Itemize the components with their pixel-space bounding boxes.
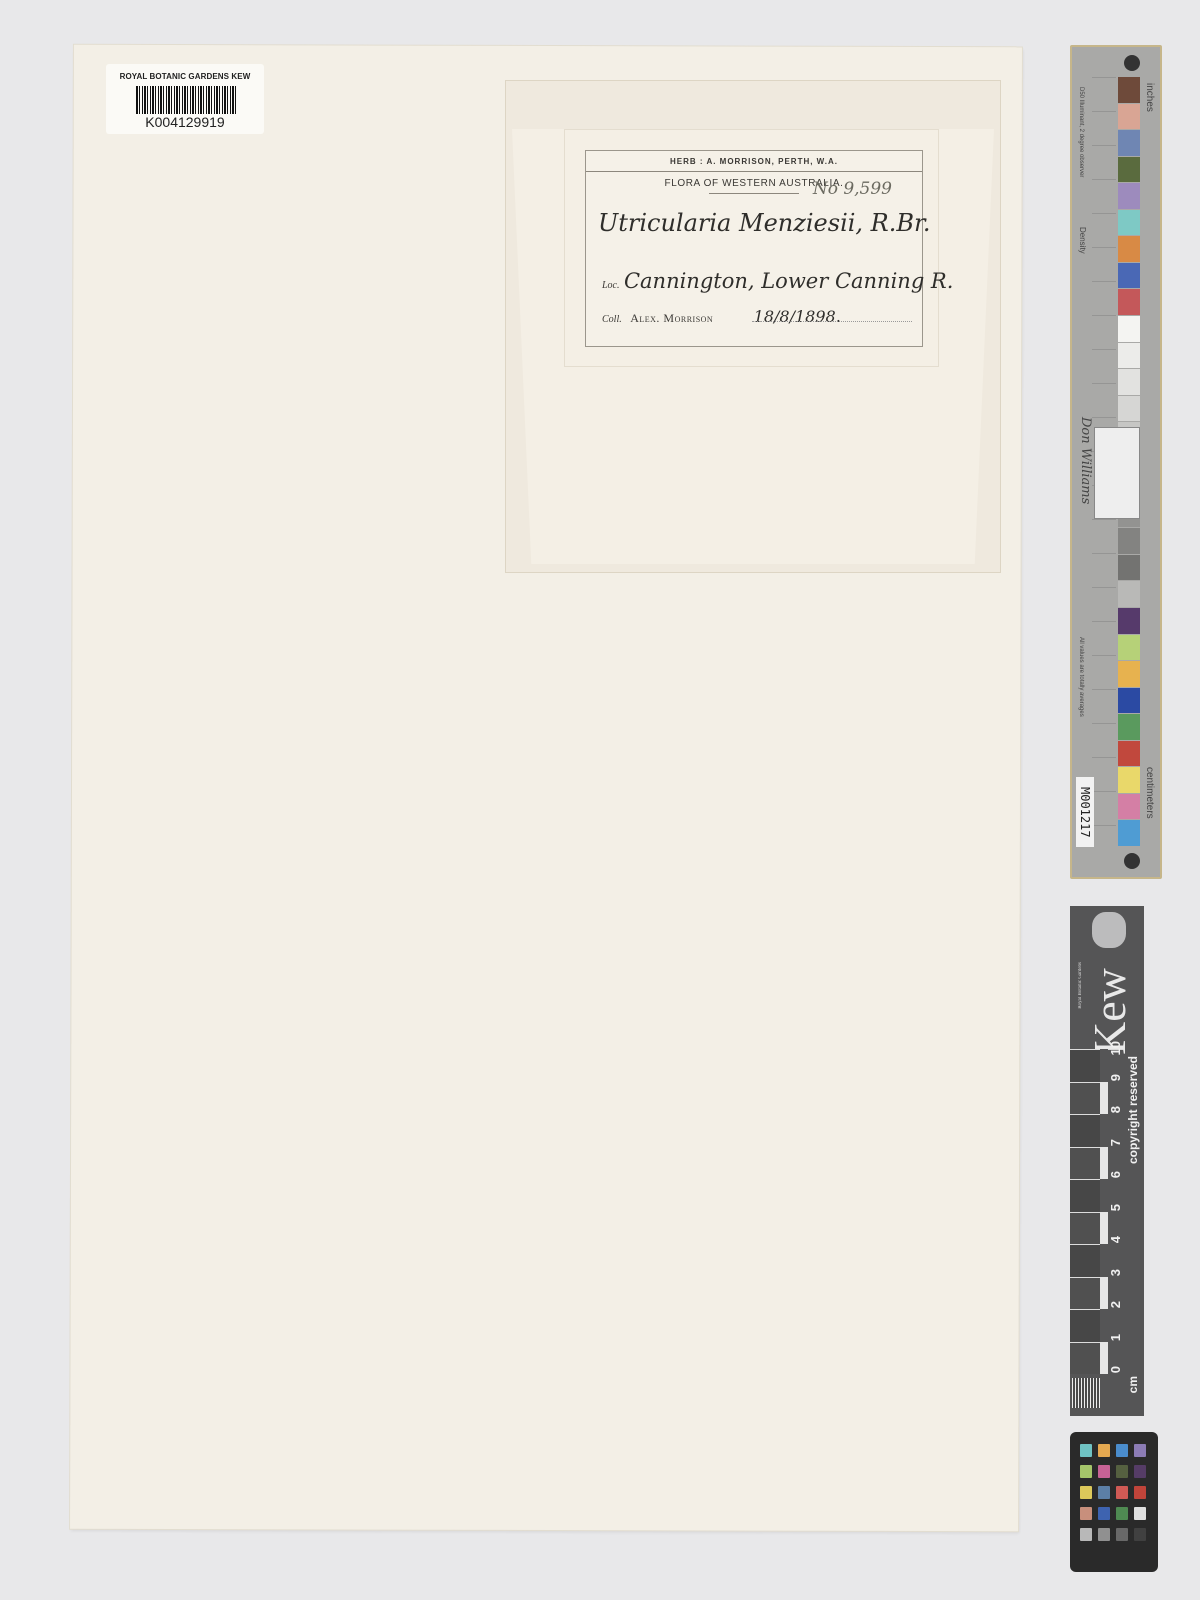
checker-swatch [1116, 1465, 1128, 1478]
scale-tick [1100, 1082, 1108, 1115]
checker-swatch [1134, 1444, 1146, 1457]
dotted-line [752, 321, 912, 322]
density-label: Density [1078, 227, 1087, 254]
color-patch [1118, 820, 1140, 846]
checker-swatch [1080, 1486, 1092, 1499]
color-patch [1118, 741, 1140, 767]
color-checker [1070, 1432, 1158, 1572]
collector-row: Coll. Alex. Morrison 18/8/1898. [602, 307, 912, 327]
centimeters-label: centimeters [1144, 767, 1155, 819]
color-patch [1118, 608, 1140, 634]
checker-swatch [1134, 1486, 1146, 1499]
checker-swatch [1080, 1465, 1092, 1478]
barcode-label: ROYAL BOTANIC GARDENS KEW K004129919 [106, 64, 264, 134]
checker-swatch [1098, 1507, 1110, 1520]
checker-swatch [1116, 1486, 1128, 1499]
scale-tick [1100, 1277, 1108, 1310]
scale-number: 6 [1108, 1171, 1124, 1178]
mm-scale [1072, 1378, 1100, 1408]
collection-date: 18/8/1898. [754, 307, 841, 326]
checker-swatch [1080, 1444, 1092, 1457]
checker-swatch [1098, 1486, 1110, 1499]
color-patch [1118, 210, 1140, 236]
cm-block [1070, 1212, 1102, 1245]
barcode-icon [136, 86, 236, 114]
color-ruler: inches centimeters D50 Illuminant, 2 deg… [1070, 45, 1162, 879]
ruler-code: M001217 [1076, 777, 1094, 847]
color-patch [1118, 369, 1140, 395]
ruler-hole-top [1124, 55, 1140, 71]
institution-name: ROYAL BOTANIC GARDENS KEW [106, 72, 264, 81]
species-name: Utricularia Menziesii, R.Br. [598, 209, 930, 237]
scale-number: 1 [1108, 1334, 1124, 1341]
color-patch [1118, 316, 1140, 342]
color-patch [1118, 714, 1140, 740]
color-patch [1118, 688, 1140, 714]
color-patch [1118, 635, 1140, 661]
locality-label: Loc. [602, 280, 620, 291]
divider [709, 193, 799, 194]
checker-swatch [1098, 1465, 1110, 1478]
cm-block [1070, 1049, 1102, 1082]
color-patch [1118, 396, 1140, 422]
cm-unit-label: cm [1126, 1376, 1140, 1393]
scale-number: 4 [1108, 1236, 1124, 1243]
cm-block [1070, 1147, 1102, 1180]
inches-label: inches [1144, 83, 1155, 112]
cm-block [1070, 1309, 1102, 1342]
color-patch [1118, 581, 1140, 607]
cm-block [1070, 1342, 1102, 1375]
scale-tick [1100, 1049, 1108, 1082]
checker-swatch [1098, 1528, 1110, 1541]
checker-swatch [1116, 1507, 1128, 1520]
barcode-number: K004129919 [106, 114, 264, 130]
locality-value: Cannington, Lower Canning R. [624, 269, 953, 293]
checker-swatch [1134, 1528, 1146, 1541]
color-patch [1118, 661, 1140, 687]
scale-tick [1100, 1179, 1108, 1212]
color-patch [1118, 183, 1140, 209]
brand-label: Don Williams [1078, 417, 1093, 504]
scale-number: 3 [1108, 1269, 1124, 1276]
color-patch [1118, 555, 1140, 581]
scale-number: 0 [1108, 1366, 1124, 1373]
color-patch [1118, 157, 1140, 183]
color-patch [1118, 263, 1140, 289]
scale-tick [1100, 1309, 1108, 1342]
illuminant-note: D50 Illuminant, 2 degree observer [1078, 87, 1084, 177]
cm-block [1070, 1179, 1102, 1212]
color-patch [1118, 289, 1140, 315]
label-header: HERB : A. MORRISON, PERTH, W.A. [586, 151, 922, 172]
color-patch [1118, 528, 1140, 554]
scale-tick [1100, 1212, 1108, 1245]
values-note: All values are totally averages [1078, 637, 1084, 717]
locality-row: Loc. Cannington, Lower Canning R. [602, 269, 953, 293]
density-inset [1094, 427, 1140, 519]
checker-swatch [1116, 1444, 1128, 1457]
checker-swatch [1098, 1444, 1110, 1457]
scale-number: 9 [1108, 1074, 1124, 1081]
kew-scale-bar: Royal Botanic Gardens Kew copyright rese… [1070, 906, 1144, 1416]
color-patch [1118, 77, 1140, 103]
color-patch [1118, 767, 1140, 793]
checker-swatch [1080, 1528, 1092, 1541]
scale-tick [1100, 1114, 1108, 1147]
scale-number: 10 [1108, 1041, 1124, 1055]
color-patch [1118, 343, 1140, 369]
color-patch [1118, 104, 1140, 130]
cm-block [1070, 1277, 1102, 1310]
kew-crest-icon [1092, 912, 1126, 948]
color-patch [1118, 236, 1140, 262]
scale-tick [1100, 1342, 1108, 1375]
checker-swatch [1116, 1528, 1128, 1541]
herbarium-label: HERB : A. MORRISON, PERTH, W.A. FLORA OF… [585, 150, 923, 347]
collector-label: Coll. [602, 314, 622, 325]
kew-subtitle: Royal Botanic Gardens [1078, 962, 1083, 1009]
cm-block [1070, 1114, 1102, 1147]
checker-swatch [1134, 1507, 1146, 1520]
scale-tick [1100, 1244, 1108, 1277]
scale-tick [1100, 1147, 1108, 1180]
scale-number: 5 [1108, 1204, 1124, 1211]
color-patch [1118, 794, 1140, 820]
specimen-number: No 9,599 [813, 179, 892, 199]
ruler-hole-bottom [1124, 853, 1140, 869]
collector-name: Alex. Morrison [630, 311, 713, 325]
cm-block [1070, 1244, 1102, 1277]
copyright-text: copyright reserved [1126, 1056, 1140, 1164]
scale-number: 2 [1108, 1301, 1124, 1308]
scale-number: 8 [1108, 1106, 1124, 1113]
color-patch [1118, 130, 1140, 156]
scale-number: 7 [1108, 1139, 1124, 1146]
checker-swatch [1080, 1507, 1092, 1520]
cm-block [1070, 1082, 1102, 1115]
checker-swatch [1134, 1465, 1146, 1478]
